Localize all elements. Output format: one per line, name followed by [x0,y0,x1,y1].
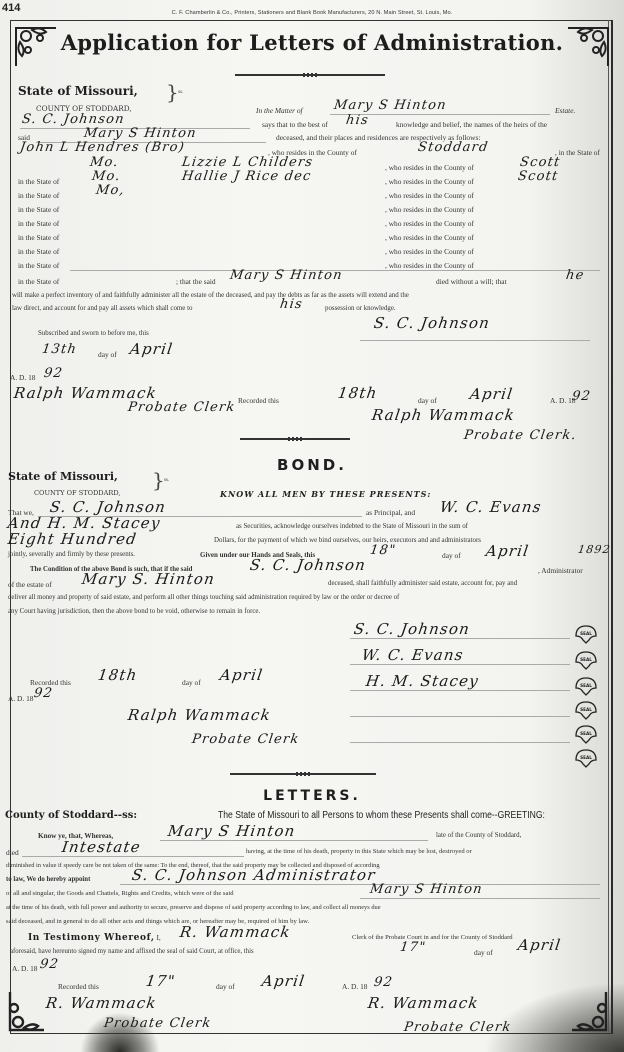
testimony-month: April [517,936,563,954]
recorded-month: April [219,666,265,684]
late-text: late of the County of Stoddard, [436,832,521,839]
signature-line [350,664,570,665]
sworn-year: 92 [43,366,64,381]
testimony-heading: In Testimony Whereof, [28,933,155,943]
died-text: died without a will; that [436,277,507,286]
estate-name: Mary S Hinton [333,98,448,113]
know-all-men: KNOW ALL MEN BY THESE PRESENTS: [220,489,431,499]
goods-name: Mary S Hinton [369,882,484,897]
county-heading: County of Stoddard--ss: [5,810,137,821]
fill-line [360,340,590,341]
document-page: 414 C. F. Chamberlin & Co., Printers, St… [0,0,624,1052]
seal-icon: SEAL [573,650,599,670]
pronoun: his [345,113,370,128]
deceased-text: deceased, shall faithfully administer sa… [328,580,517,587]
seal-icon: SEAL [573,700,599,720]
decorative-rule [230,773,376,775]
day-of-label: day of [474,948,493,957]
day-of-label: day of [442,551,461,560]
heir-name: John L Hendres (Bro) [19,140,186,155]
clerk-title: Probate Clerk [127,400,237,415]
svg-text:SEAL: SEAL [580,657,592,662]
svg-text:SEAL: SEAL [580,683,592,688]
in-state-text: , in the State of [555,148,600,157]
greeting-text: The State of Missouri to all Persons to … [218,810,545,821]
resides-text: , who resides in the County of [385,247,474,256]
resides-text: , who resides in the County of [385,261,474,270]
recorded-day: 18th [337,384,379,402]
goods-text: of all and singular, the Goods and Chatt… [6,890,234,897]
heir-name: Hallie J Rice dec [181,169,313,184]
day-of-label: day of [216,982,235,991]
heir-county: Scott [517,169,560,184]
sworn-day: 13th [41,342,78,357]
that-said-text: ; that the said [176,277,216,286]
surety-name: W. C. Evans [439,498,543,516]
testimony-day: 17" [399,940,427,955]
given-day: 18" [369,543,397,558]
clerk-text: Clerk of the Probate Court in and for th… [352,934,513,941]
resides-text: , who resides in the County of [385,205,474,214]
heir-county: Stoddard [417,140,490,155]
time-text: at the time of his death, with full powe… [6,904,381,911]
right-clerk-title: Probate Clerk [403,1020,513,1035]
given-month: April [485,542,531,560]
appointee: S. C. Johnson Administrator [131,866,377,884]
recorded-month: April [261,972,307,990]
signature-line [350,690,570,691]
recorded-year: 92 [373,975,394,990]
brace: } [166,80,179,104]
court-text: any Court having jurisdiction, then the … [8,608,260,615]
fill-line [360,898,600,899]
applicant-signature: S. C. Johnson [373,314,492,332]
heir-name: Lizzie L Childers [181,155,314,170]
says-text: says that to the best of [262,120,328,129]
recorded-day: 18th [97,666,139,684]
dollars-text: Dollars, for the payment of which we bin… [214,537,481,544]
estate-label: Estate. [555,106,575,115]
svg-text:SEAL: SEAL [580,631,592,636]
seal-icon: SEAL [573,748,599,768]
will-text: will make a perfect inventory of and fai… [12,292,409,299]
county-label: COUNTY OF STODDARD, [34,489,120,497]
border-inner-line [608,20,609,1032]
clerk-signature: Ralph Wammack [127,706,272,724]
ad-label: A. D. 18 [342,982,367,991]
ad-label: A. D. 18 [10,373,35,382]
fill-line [160,840,428,841]
day-of-label: day of [98,350,117,359]
in-state-label: in the State of [18,177,59,186]
bond-estate-name: Mary S. Hinton [81,570,217,588]
ad-label: A. D. 18 [12,964,37,973]
in-state-label: in the State of [18,219,59,228]
svg-text:SEAL: SEAL [580,707,592,712]
fill-line [120,884,600,885]
decorative-rule [240,438,350,440]
in-state-label: in the State of [18,261,59,270]
recorded-clerk-title: Probate Clerk. [463,428,578,443]
died-how: Intestate [61,838,142,856]
sworn-month: April [129,340,175,358]
bond-amount: Eight Hundred [7,530,139,548]
in-state-label: in the State of [18,191,59,200]
ornament-icon [0,990,46,1036]
in-state-label: in the State of [18,233,59,242]
left-clerk-signature: R. Wammack [45,994,158,1012]
printer-imprint: C. F. Chamberlin & Co., Printers, Statio… [0,10,624,16]
heir-state: Mo, [95,183,126,198]
deceased-name: Mary S Hinton [83,126,198,141]
pronoun: his [279,297,304,312]
seal-icon: SEAL [573,724,599,744]
securities-text: as Securities, acknowledge ourselves ind… [236,523,468,530]
condition-name: S. C. Johnson [249,556,368,574]
aforesaid-text: aforesaid, have hereunto signed my name … [10,948,254,955]
administrator-label: , Administrator [538,566,583,575]
recorded-year: 92 [571,389,592,404]
bond-signature: H. M. Stacey [365,672,480,690]
letters-title: LETTERS. [0,788,624,804]
resides-text: , who resides in the County of [385,191,474,200]
bond-signature: S. C. Johnson [353,620,472,638]
application-title: Application for Letters of Administratio… [0,30,624,55]
heir-state: Mo. [89,155,120,170]
decorative-rule [235,74,385,76]
recorded-day: 17" [145,972,177,990]
ss-label: ss. [164,478,169,483]
clerk-title: Probate Clerk [191,732,301,747]
resides-text: , who resides in the County of [385,163,474,172]
fill-line [22,856,244,857]
state-heading: State of Missouri, [8,470,118,483]
bond-signature: W. C. Evans [361,646,465,664]
applicant-name: S. C. Johnson [21,112,126,127]
resides-text: , who resides in the County of [385,177,474,186]
signature-line [350,638,570,639]
signature-line [350,716,570,717]
recorded-clerk-signature: Ralph Wammack [371,406,516,424]
in-state-label: in the State of [18,277,59,286]
recorded-label: Recorded this [58,982,99,991]
estate-of-label: of the estate of [8,580,52,589]
right-clerk-signature: R. Wammack [367,994,480,1012]
brace: } [152,468,165,492]
svg-text:SEAL: SEAL [580,731,592,736]
possession-text: possession or knowledge. [325,305,396,312]
left-clerk-title: Probate Clerk [103,1016,213,1031]
state-heading: State of Missouri, [18,84,138,98]
given-year: 1892 [577,543,612,556]
jointly-text: jointly, severally and firmly by these p… [8,551,135,558]
law-text: law direct, and account for and pay all … [12,305,192,312]
seal-icon: SEAL [573,624,599,644]
recorded-year: 92 [33,686,54,701]
day-of-label: day of [418,396,437,405]
testimony-clerk: R. Wammack [179,923,292,941]
died-label: died [6,848,19,857]
having-text: having, at the time of his death, proper… [246,848,472,855]
ss-label: ss. [178,90,183,95]
day-of-label: day of [182,678,201,687]
seal-icon: SEAL [573,676,599,696]
ornament-icon [570,990,616,1036]
deliver-text: deliver all money and property of said e… [8,594,399,601]
as-principal-text: as Principal, and [366,508,415,517]
heir-state: Mo. [91,169,122,184]
in-matter-label: In the Matter of [256,106,303,115]
in-state-label: in the State of [18,205,59,214]
died-name: Mary S Hinton [229,268,344,283]
pronoun: he [565,268,586,283]
svg-text:SEAL: SEAL [580,755,592,760]
knowledge-text: knowledge and belief, the names of the h… [396,120,547,129]
resides-text: , who resides in the County of [385,233,474,242]
appoint-text: to law, We do hereby appoint [6,876,90,883]
signature-line [350,742,570,743]
recorded-month: April [469,385,515,403]
subscribed-text: Subscribed and sworn to before me, this [38,330,149,337]
recorded-label: Recorded this [238,396,279,405]
testimony-line: In Testimony Whereof, I, [28,933,161,943]
in-state-label: in the State of [18,247,59,256]
testimony-year: 92 [39,957,60,972]
letters-deceased: Mary S Hinton [167,822,297,840]
heir-county: Scott [519,155,562,170]
ad-label: A. D. 18 [8,694,33,703]
resides-text: , who resides in the County of [385,219,474,228]
i-label: I, [156,933,160,942]
